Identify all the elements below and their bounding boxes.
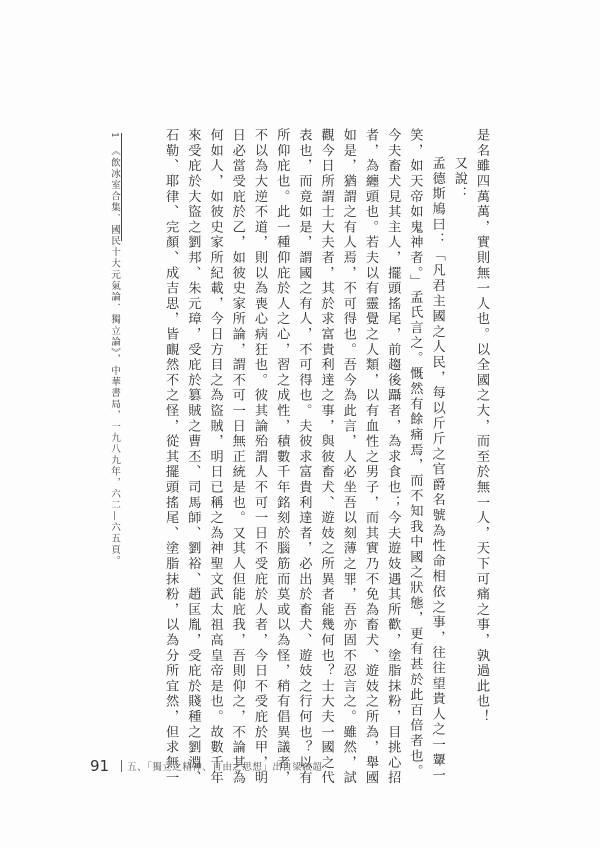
text-column: 笑，如天帝如鬼神者。」孟氏言之。慨然有餘痛焉，而不知我中國之狀態，更有甚於此百倍… — [403, 128, 425, 598]
footnote-divider — [121, 133, 122, 241]
text-column: 何如人，如彼史家所紀載，今日方目之為盜賊，明日已稱之為神聖文武太祖高皇帝是也。故… — [203, 128, 225, 598]
body-text: 是名雖四萬萬，實則無一人也。以全國之大，而至於無一人，天下可痛之事，孰過此也！ … — [159, 128, 492, 598]
text-column: 觀今日所謂士大夫者，其於求富貴利達之事，與彼畜犬、遊妓之所異者能幾何也？士大夫一… — [314, 128, 336, 598]
text-column: 是名雖四萬萬，實則無一人也。以全國之大，而至於無一人，天下可痛之事，孰過此也！ — [470, 128, 492, 598]
text-column: 不以為大逆不道，則以為喪心病狂也。彼其論殆謂人不可一日不受庇於人者，今日不受庇於… — [248, 128, 270, 598]
section-heading: 又說： — [448, 156, 470, 598]
text-column: 表也，而竟如是，謂國之有人，不可得也。夫彼求富貴利達者，必出於畜犬、遊妓之行何也… — [292, 128, 314, 598]
text-column: 石勒、耶律、完顏、成吉思，皆靦然不之怪，從其擺頭搖尾、塗脂抹粉，以為分所宜然，但… — [159, 128, 181, 598]
page-footer: 91 五、「獨立之精神、自由之思想」出自梁啟超 — [90, 757, 322, 775]
book-page: 是名雖四萬萬，實則無一人也。以全國之大，而至於無一人，天下可痛之事，孰過此也！ … — [0, 0, 600, 848]
text-column: 來受庇於大盜之劉邦、朱元璋，受庇於篡賊之曹丕、司馬師、劉裕、趙匡胤，受庇於賤種之… — [181, 128, 203, 598]
text-column: 所仰庇也。此一種仰庇於人之心，習之成性，積數千年銘刻於腦筋而莫或以為怪，稍有倡異… — [270, 128, 292, 598]
text-column: 日必當受庇於乙，如彼史家所論，謂不可一日無正統是也。又其人但能庇我，吾則仰之，不… — [226, 128, 248, 598]
text-column: 今夫畜犬見其主人，擺頭搖尾，前趨後躡者，為求食也；今夫遊妓遇其所歡，塗脂抹粉，目… — [381, 128, 403, 598]
text-column: 者，為纏頭也。若夫以有靈覺之人類，以有血性之男子，而其實乃不免為畜犬、遊妓之所為… — [359, 128, 381, 598]
footnote: 1 《飲冰室合集．國民十大元氣論．獨立論》，中華書局，一九八九年，六二—六五頁。 — [107, 132, 121, 602]
text-column: 如是，猶謂之有人焉，不可得也。吾今為此言，人必坐吾以刻薄之罪，吾亦固不忍言之。雖… — [337, 128, 359, 598]
footer-divider — [121, 760, 122, 772]
text-column: 孟德斯鳩曰：「凡君主國之人民，每以斤斤之官爵名號為性命相依之事，往往望貴人之一顰… — [425, 156, 447, 598]
page-number: 91 — [90, 757, 109, 775]
running-head: 五、「獨立之精神、自由之思想」出自梁啟超 — [127, 759, 322, 773]
